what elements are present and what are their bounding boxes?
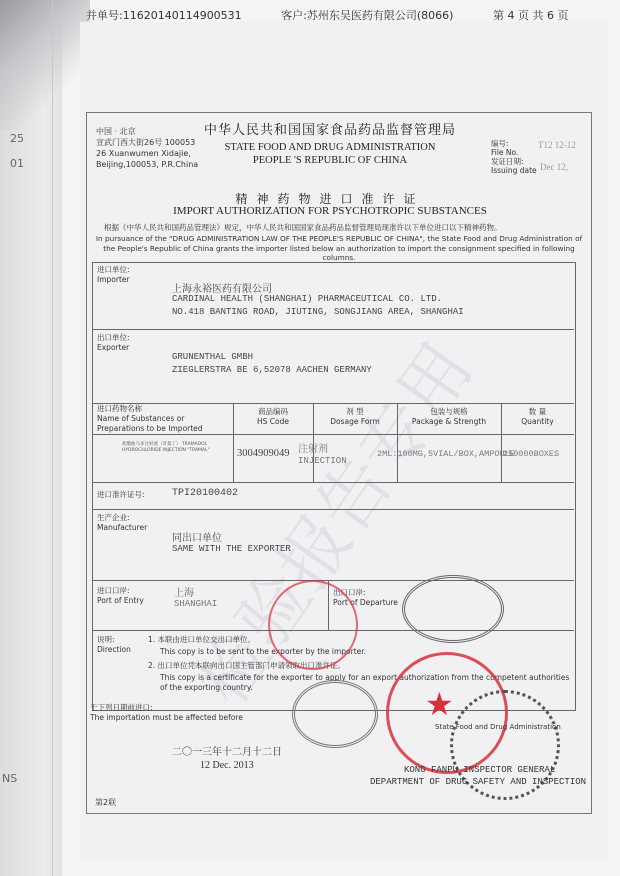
header-substance-name: 进口药物名称 Name of Substances or Preparation…	[97, 404, 227, 434]
exporter-label-cn: 出口单位:	[97, 333, 130, 343]
divider	[92, 580, 574, 581]
page-fold-shadow	[0, 0, 90, 130]
importer-label-en: Importer	[97, 275, 130, 285]
dosage-en-value: INJECTION	[298, 455, 347, 467]
manufacturer-value-cn: 同出口单位	[172, 529, 222, 544]
header-cn: 剂 型	[313, 407, 397, 417]
manufacturer-label: 生产企业: Manufacturer	[97, 513, 147, 533]
direction-item-1-cn: 1. 本联由进口单位交出口单位。	[148, 635, 255, 645]
stamp-yongyu-quality	[292, 680, 378, 748]
header-cn: 数 量	[501, 407, 574, 417]
scan-header: 并单号:11620140114900531 客户:苏州东吴医药有限公司(8066…	[86, 7, 604, 23]
hs-code-value: 3004909049	[237, 448, 290, 460]
signatory-name: KONG FANPU INSPECTOR GENERAL	[404, 765, 555, 775]
header-hs-code: 商品编码 HS Code	[233, 407, 313, 427]
exporter-address: ZIEGLERSTRA BE 6,52078 AACHEN GERMANY	[172, 364, 372, 376]
header-quantity: 数 量 Quantity	[501, 407, 574, 427]
copy-number: 第2联	[95, 798, 116, 808]
import-before-date-en: 12 Dec. 2013	[200, 760, 254, 772]
package-value: 2ML:100MG,5VIAL/BOX,AMPOULE	[377, 448, 515, 460]
page-indicator: 第 4 页 共 6 页	[493, 9, 568, 22]
issuing-date-value: Dec 12,	[540, 162, 568, 172]
header-en: Name of Substances or Preparations to be…	[97, 414, 227, 434]
stamp-red-company	[268, 580, 358, 670]
file-info: 编号: File No. 发证日期: Issuing date	[491, 139, 537, 175]
port-entry-label-en: Port of Entry	[97, 596, 144, 606]
header-cn: 进口药物名称	[97, 404, 227, 414]
agency-name-cn: 中华人民共和国国家食品药品监督管理局	[0, 119, 620, 138]
exporter-name: GRUNENTHAL GMBH	[172, 351, 253, 363]
header-en: Quantity	[501, 417, 574, 427]
issuing-label-en: Issuing date	[491, 166, 537, 175]
star-icon: ★	[425, 685, 454, 723]
import-before-label: 于下列日期前进口: The importation must be affect…	[90, 703, 243, 723]
divider	[92, 482, 574, 483]
customer-name: 客户:苏州东吴医药有限公司(8066)	[281, 9, 453, 22]
importer-name-en: CARDINAL HEALTH (SHANGHAI) PHARMACEUTICA…	[172, 293, 442, 305]
file-no-label-en: File No.	[491, 148, 537, 157]
authorization-no-label: 进口准许证号:	[97, 490, 145, 500]
substance-name: 盐酸曲马多注射液（奇曼丁） TRAMADOL HYDROCHLORIDE INJ…	[122, 442, 232, 454]
direction-label-cn: 说明:	[97, 635, 131, 645]
issuing-label-cn: 发证日期:	[491, 157, 537, 166]
importer-address: NO.418 BANTING ROAD, JIUTING, SONGJIANG …	[172, 306, 464, 318]
import-before-label-en: The importation must be affected before	[90, 713, 243, 723]
manufacturer-value-en: SAME WITH THE EXPORTER	[172, 543, 291, 555]
importer-label: 进口单位: Importer	[97, 265, 130, 285]
header-dosage-form: 剂 型 Dosage Form	[313, 407, 397, 427]
exporter-label-en: Exporter	[97, 343, 130, 353]
edge-mark: NS	[2, 772, 17, 785]
divider	[92, 509, 574, 510]
pursuant-text-en: In pursuance of the "DRUG ADMINISTRATION…	[94, 234, 584, 263]
direction-label: 说明: Direction	[97, 635, 131, 655]
header-en: Dosage Form	[313, 417, 397, 427]
file-no-value: T12 12-12	[538, 140, 576, 150]
file-no-label-cn: 编号:	[491, 139, 537, 148]
document-title-en: IMPORT AUTHORIZATION FOR PSYCHOTROPIC SU…	[0, 205, 620, 217]
import-before-date-cn: 二〇一三年十二月十二日	[172, 743, 282, 758]
header-en: HS Code	[233, 417, 313, 427]
port-of-entry-en: SHANGHAI	[174, 598, 217, 610]
divider	[92, 329, 574, 330]
manufacturer-label-cn: 生产企业:	[97, 513, 147, 523]
port-of-entry-label: 进口口岸: Port of Entry	[97, 586, 144, 606]
import-before-label-cn: 于下列日期前进口:	[90, 703, 243, 713]
quantity-value: 250000BOXES	[503, 448, 573, 460]
pursuant-text-cn: 根据《中华人民共和国药品管理法》规定，中华人民共和国国家食品药品监督管理局现准许…	[104, 222, 502, 233]
direction-label-en: Direction	[97, 645, 131, 655]
manufacturer-label-en: Manufacturer	[97, 523, 147, 533]
port-of-entry-cn: 上海	[174, 584, 194, 599]
dosage-cn-value: 注射剂	[298, 440, 328, 455]
signature-agency: State Food and Drug Administration	[435, 722, 561, 732]
header-cn: 商品编码	[233, 407, 313, 417]
stamp-cardinal-health	[402, 575, 504, 643]
header-package-strength: 包装与规格 Package & Strength	[397, 407, 501, 427]
order-number: 并单号:11620140114900531	[86, 9, 242, 22]
importer-label-cn: 进口单位:	[97, 265, 130, 275]
header-en: Package & Strength	[397, 417, 501, 427]
exporter-label: 出口单位: Exporter	[97, 333, 130, 353]
authorization-no-value: TPI20100402	[172, 488, 238, 500]
signatory-department: DEPARTMENT OF DRUG SAFETY AND INSPECTION	[370, 777, 586, 787]
port-entry-label-cn: 进口口岸:	[97, 586, 144, 596]
header-cn: 包装与规格	[397, 407, 501, 417]
